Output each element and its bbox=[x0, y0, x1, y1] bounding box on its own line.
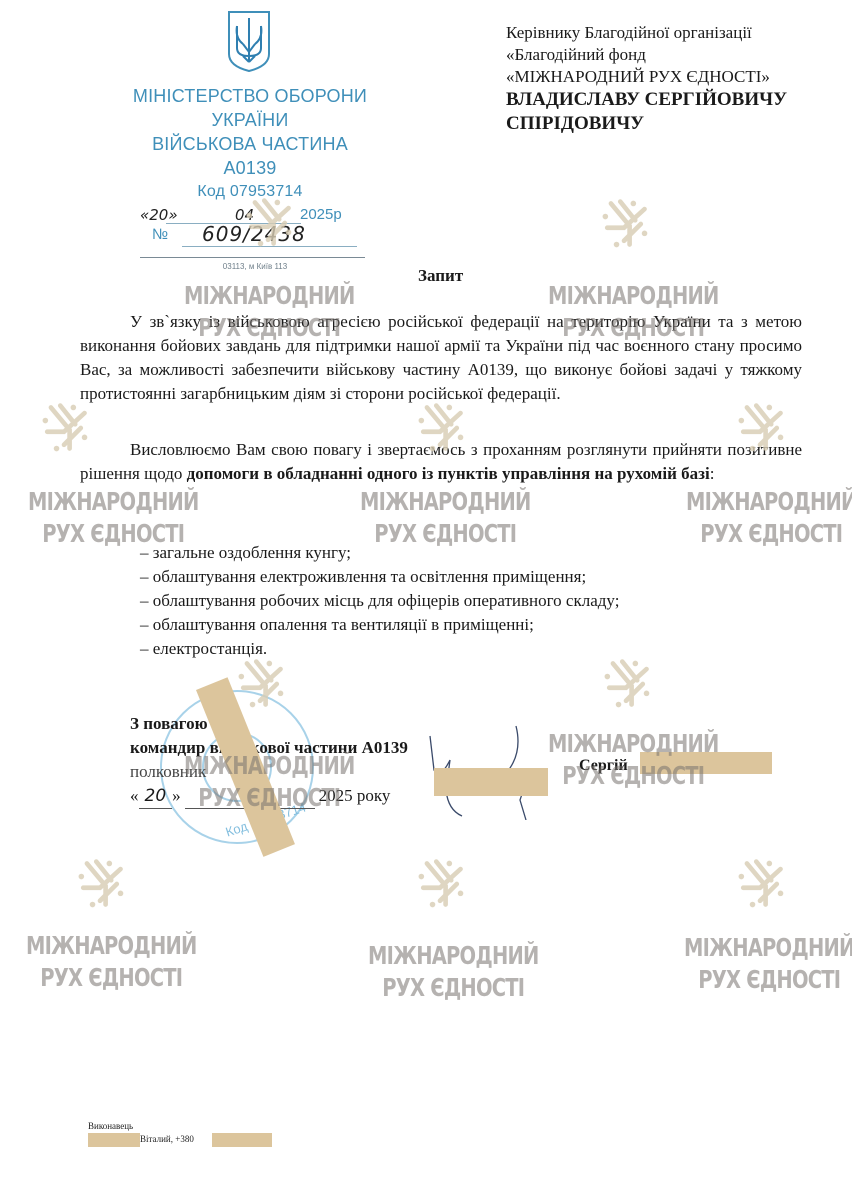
list-item: – електростанція. bbox=[140, 637, 619, 661]
ministry-line: ВІЙСЬКОВА ЧАСТИНА bbox=[120, 132, 380, 156]
paragraph-2-bold: допомоги в обладнанні одного із пунктів … bbox=[187, 464, 710, 483]
watermark-logo-icon bbox=[36, 400, 92, 456]
watermark-logo-icon bbox=[240, 195, 296, 251]
number-label: № bbox=[152, 226, 168, 243]
ministry-line: А0139 bbox=[120, 156, 380, 180]
request-list: – загальне оздоблення кунгу; – облаштува… bbox=[140, 541, 619, 661]
ministry-line: УКРАЇНИ bbox=[120, 108, 380, 132]
list-item: – облаштування електроживлення та освітл… bbox=[140, 565, 619, 589]
redaction-bar bbox=[212, 1133, 272, 1147]
date-close-quote: » bbox=[172, 784, 181, 808]
closing-line: З повагою bbox=[130, 712, 408, 736]
watermark-text: МІЖНАРОДНИЙРУХ ЄДНОСТІ bbox=[360, 486, 531, 550]
addressee-name: ВЛАДИСЛАВУ СЕРГІЙОВИЧУ bbox=[506, 88, 836, 112]
coat-of-arms-icon bbox=[225, 8, 273, 74]
addressee-surname: СПІРІДОВИЧУ bbox=[506, 112, 836, 136]
watermark-text: МІЖНАРОДНИЙРУХ ЄДНОСТІ bbox=[548, 728, 719, 792]
addressee-block: Керівнику Благодійної організації «Благо… bbox=[506, 22, 836, 136]
watermark-logo-icon bbox=[732, 856, 788, 912]
paragraph-2-end: : bbox=[710, 464, 715, 483]
addressee-line: «МІЖНАРОДНИЙ РУХ ЄДНОСТІ» bbox=[506, 66, 836, 88]
list-item: – облаштування робочих місць для офіцері… bbox=[140, 589, 619, 613]
watermark-logo-icon bbox=[598, 656, 654, 712]
date-year: 2025р bbox=[300, 206, 342, 223]
watermark-logo-icon bbox=[732, 400, 788, 456]
date-day: «20» bbox=[140, 206, 178, 224]
watermark-text: МІЖНАРОДНИЙРУХ ЄДНОСТІ bbox=[686, 486, 852, 550]
ministry-header: МІНІСТЕРСТВО ОБОРОНИ УКРАЇНИ ВІЙСЬКОВА Ч… bbox=[120, 84, 380, 204]
watermark-text: МІЖНАРОДНИЙРУХ ЄДНОСТІ bbox=[26, 930, 197, 994]
watermark-logo-icon bbox=[72, 856, 128, 912]
addressee-line: «Благодійний фонд bbox=[506, 44, 836, 66]
watermark-text: МІЖНАРОДНИЙРУХ ЄДНОСТІ bbox=[184, 280, 355, 344]
executor-label: Виконавець bbox=[88, 1120, 194, 1133]
watermark-logo-icon bbox=[412, 400, 468, 456]
watermark-text: МІЖНАРОДНИЙРУХ ЄДНОСТІ bbox=[548, 280, 719, 344]
ministry-line: МІНІСТЕРСТВО ОБОРОНИ bbox=[120, 84, 380, 108]
watermark-logo-icon bbox=[412, 856, 468, 912]
watermark-logo-icon bbox=[596, 196, 652, 252]
document-title: Запит bbox=[418, 266, 463, 286]
watermark-text: МІЖНАРОДНИЙРУХ ЄДНОСТІ bbox=[368, 940, 539, 1004]
addressee-line: Керівнику Благодійної організації bbox=[506, 22, 836, 44]
list-item: – облаштування опалення та вентиляції в … bbox=[140, 613, 619, 637]
ministry-address: 03113, м Київ 113 bbox=[150, 262, 360, 271]
watermark-text: МІЖНАРОДНИЙРУХ ЄДНОСТІ bbox=[28, 486, 199, 550]
signature-day: 20 bbox=[139, 784, 173, 809]
header-divider bbox=[140, 257, 365, 258]
redaction-bar bbox=[88, 1133, 140, 1147]
redaction-bar bbox=[434, 768, 548, 796]
date-open-quote: « bbox=[130, 784, 139, 808]
watermark-text: МІЖНАРОДНИЙРУХ ЄДНОСТІ bbox=[184, 750, 355, 814]
watermark-text: МІЖНАРОДНИЙРУХ ЄДНОСТІ bbox=[684, 932, 852, 996]
watermark-logo-icon bbox=[232, 656, 288, 712]
